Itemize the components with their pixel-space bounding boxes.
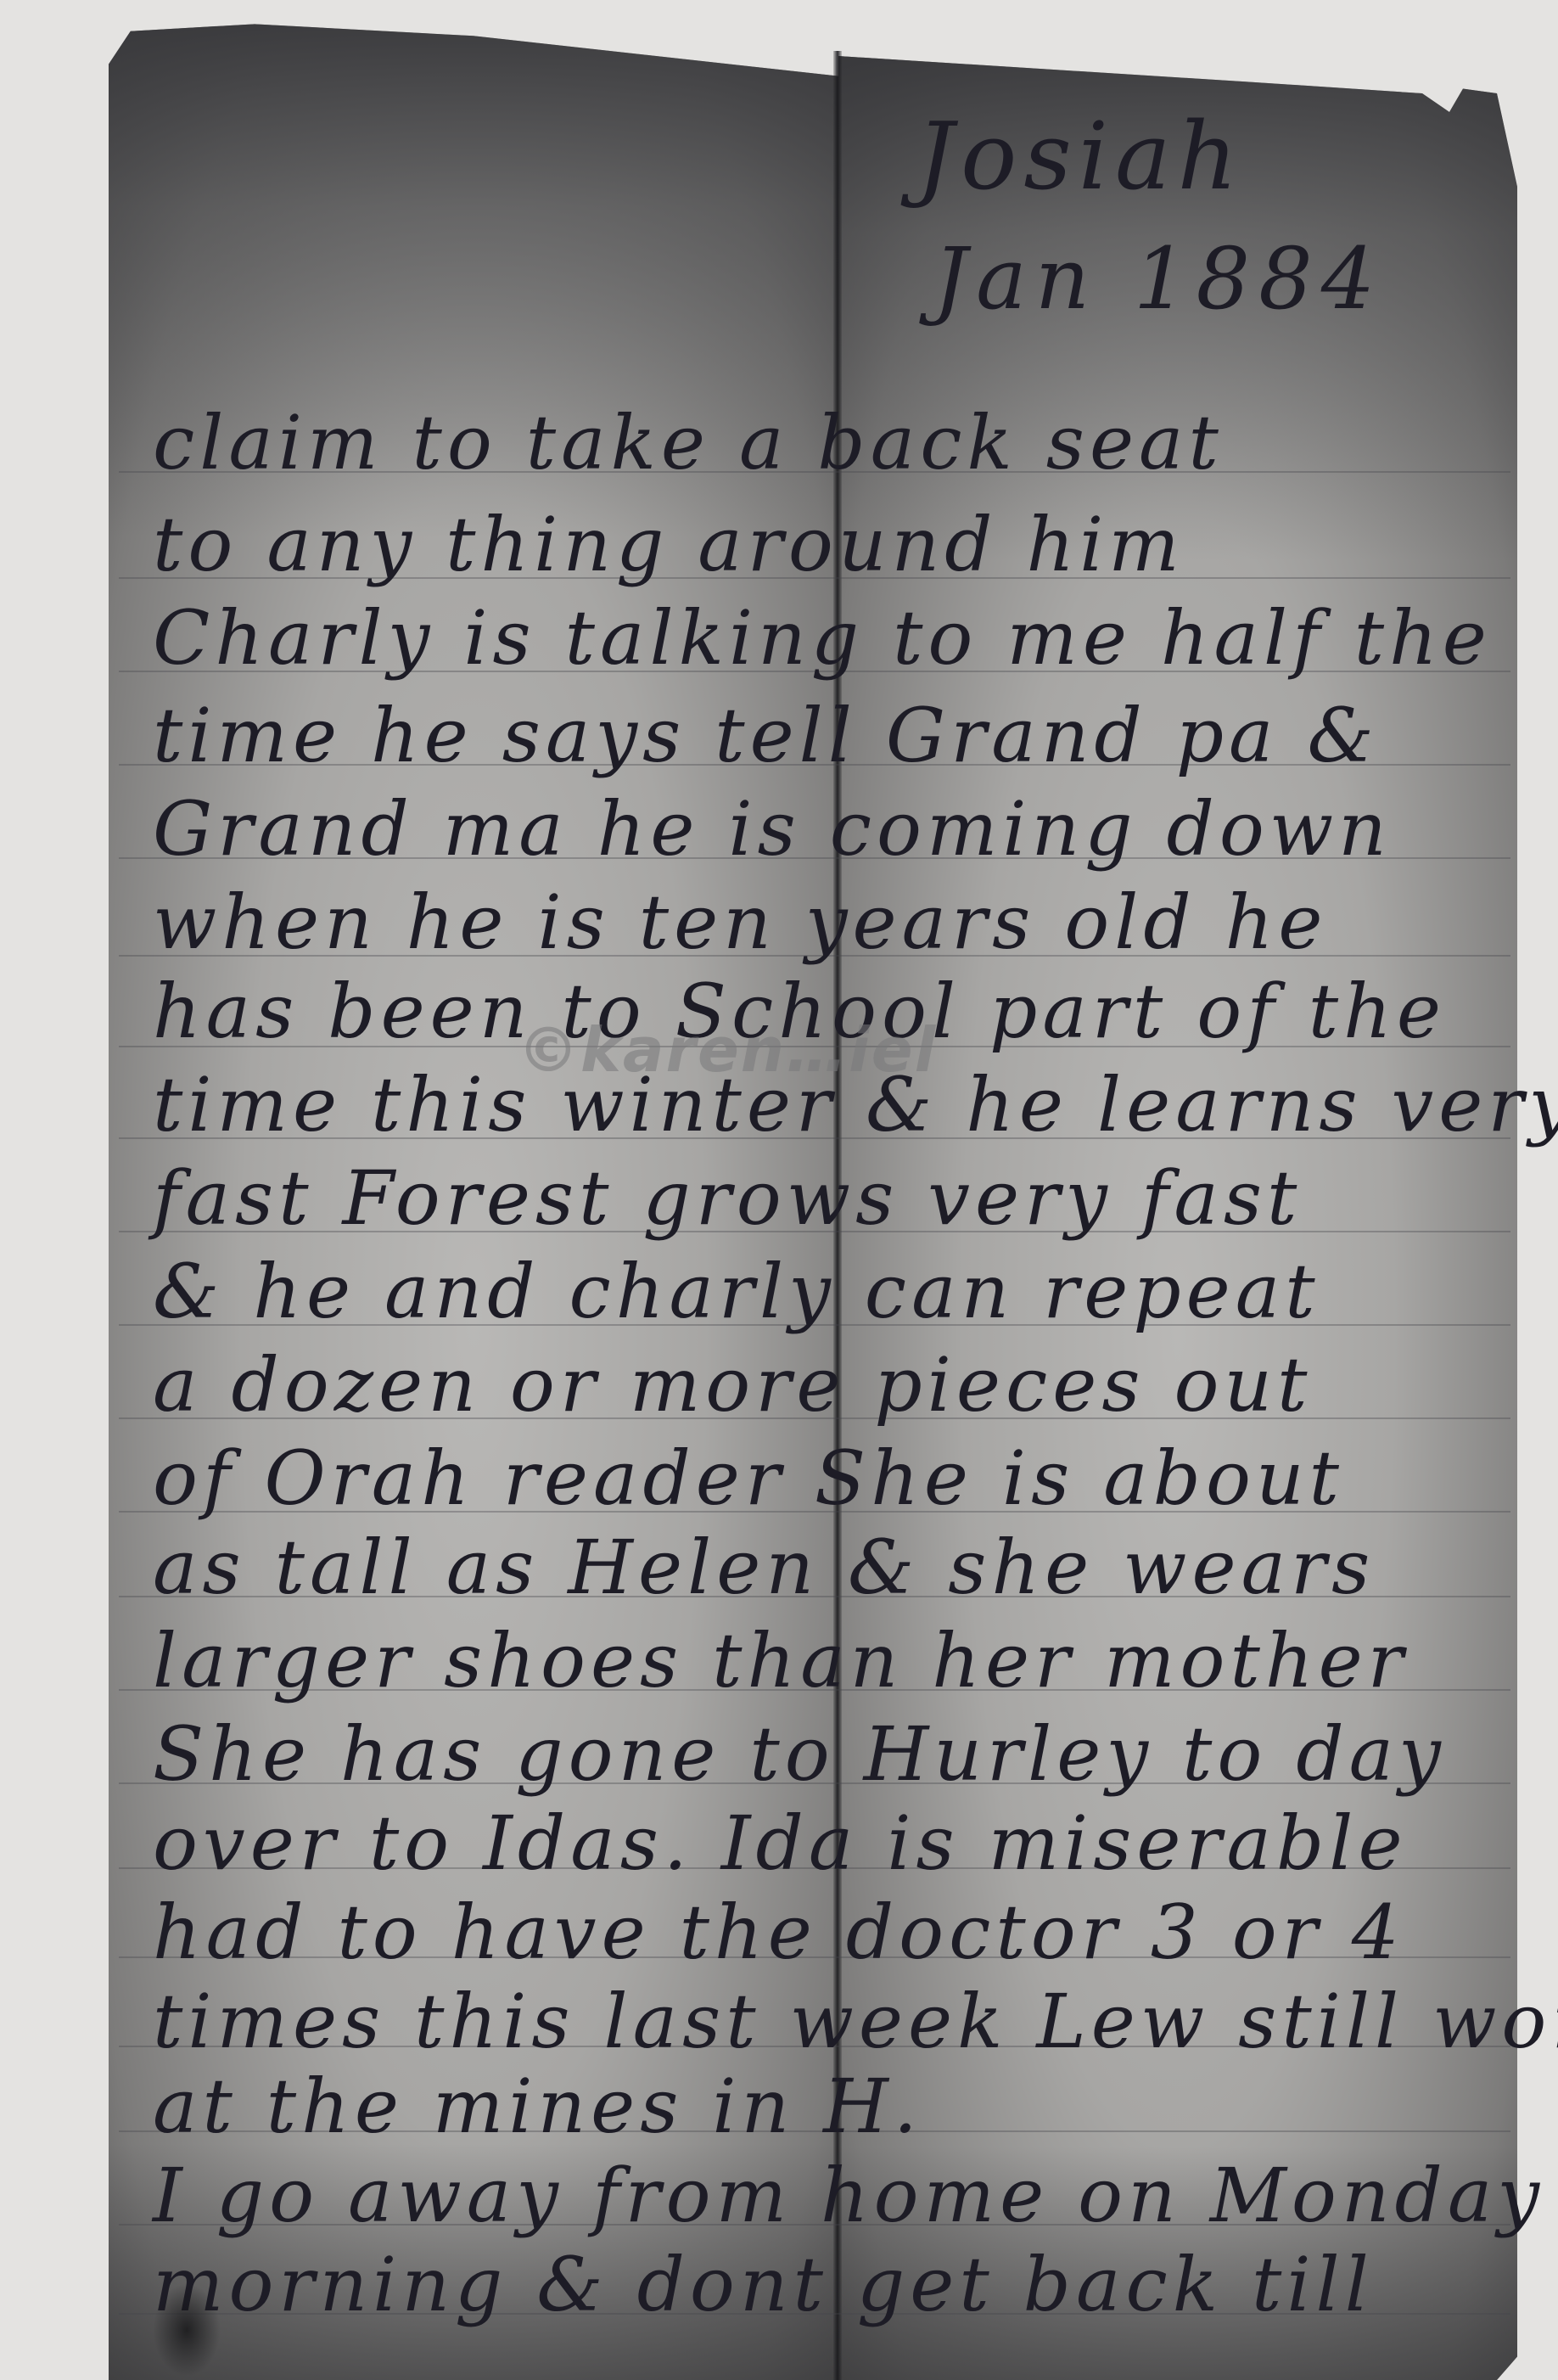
letter-line: to any thing around him: [153, 501, 1527, 588]
letter-signature-name: Josiah: [916, 102, 1244, 210]
letter-line: She has gone to Hurley to day: [153, 1710, 1527, 1798]
letter-line: of Orah reader She is about: [153, 1434, 1527, 1522]
letter-line: larger shoes than her mother: [153, 1617, 1527, 1704]
letter-line: time he says tell Grand pa &: [153, 692, 1527, 779]
letter-line: times this last week Lew still works: [153, 1978, 1527, 2065]
copyright-watermark: ©karen…iel: [518, 1014, 937, 1086]
letter-line: at the mines in H.: [153, 2063, 1527, 2150]
letter-line: I go away from home on Monday: [153, 2152, 1527, 2239]
letter-line: morning & dont get back till: [153, 2241, 1527, 2328]
letter-line: had to have the doctor 3 or 4: [153, 1889, 1527, 1976]
letter-line: as tall as Helen & she wears: [153, 1524, 1527, 1611]
letter-line: Grand ma he is coming down: [153, 785, 1527, 873]
letter-line: when he is ten years old he: [153, 878, 1527, 966]
letter-date: Jan 1884: [933, 229, 1383, 328]
letter-line: Charly is talking to me half the: [153, 594, 1527, 682]
ink-blot: [153, 2283, 221, 2377]
letter-line: claim to take a back seat: [153, 399, 1527, 486]
letter-line: fast Forest grows very fast: [153, 1154, 1527, 1242]
letter-line: & he and charly can repeat: [153, 1248, 1527, 1335]
letter-line: a dozen or more pieces out: [153, 1341, 1527, 1429]
letter-line: over to Idas. Ida is miserable: [153, 1799, 1527, 1887]
